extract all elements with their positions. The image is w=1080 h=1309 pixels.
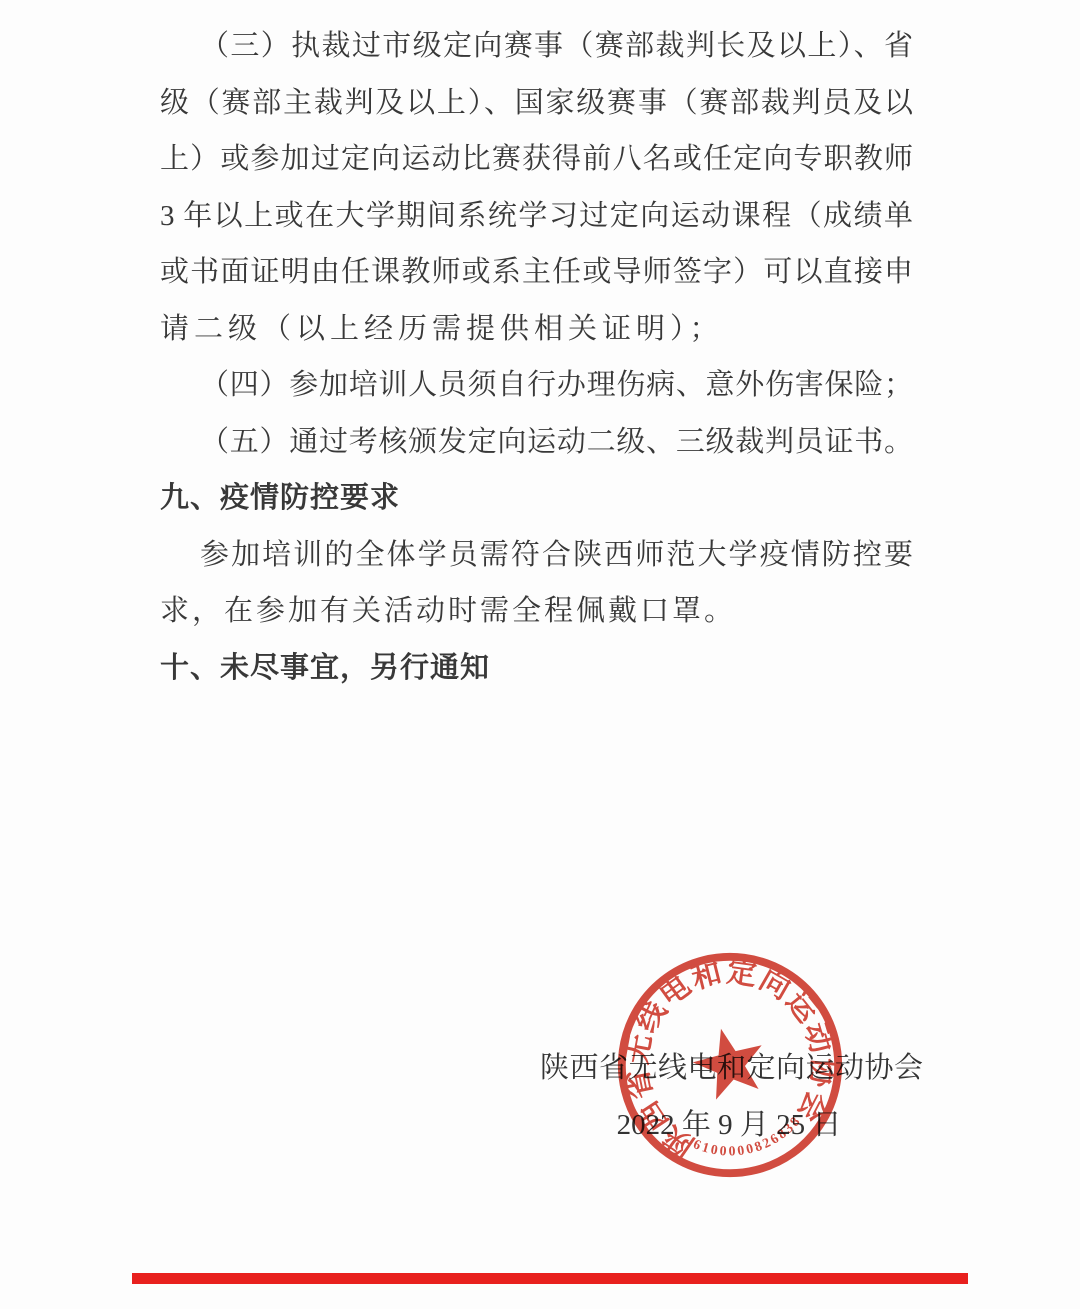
- section-heading: 十、未尽事宜，另行通知: [160, 640, 913, 697]
- document-line: 3 年以上或在大学期间系统学习过定向运动课程（成绩单: [160, 188, 913, 245]
- footer-divider: [132, 1273, 968, 1284]
- document-line: （五）通过考核颁发定向运动二级、三级裁判员证书。: [160, 414, 913, 471]
- official-seal-stamp: 陕西省无线电和定向运动协会 6100000826838: [612, 947, 848, 1183]
- stamp-star-icon: [687, 1020, 772, 1103]
- document-line: 或书面证明由任课教师或系主任或导师签字）可以直接申: [160, 244, 913, 301]
- document-line: （三）执裁过市级定向赛事（赛部裁判长及以上）、省: [160, 18, 913, 75]
- document-line: 参加培训的全体学员需符合陕西师范大学疫情防控要: [160, 527, 913, 584]
- document-line: 上）或参加过定向运动比赛获得前八名或任定向专职教师: [160, 131, 913, 188]
- document-body: （三）执裁过市级定向赛事（赛部裁判长及以上）、省级（赛部主裁判及以上）、国家级赛…: [160, 18, 913, 696]
- document-line: 级（赛部主裁判及以上）、国家级赛事（赛部裁判员及以: [160, 75, 913, 132]
- document-line: 请二级（以上经历需提供相关证明）；: [160, 301, 913, 358]
- stamp-serial-holder: 6100000826838: [688, 1110, 809, 1170]
- stamp-group: 陕西省无线电和定向运动协会 6100000826838: [612, 947, 848, 1183]
- stamp-serial-number: 6100000826838: [688, 1110, 809, 1170]
- document-line: （四）参加培训人员须自行办理伤病、意外伤害保险；: [160, 357, 913, 414]
- section-heading: 九、疫情防控要求: [160, 470, 913, 527]
- document-page: （三）执裁过市级定向赛事（赛部裁判长及以上）、省级（赛部主裁判及以上）、国家级赛…: [0, 0, 1080, 1309]
- document-line: 求，在参加有关活动时需全程佩戴口罩。: [160, 583, 913, 640]
